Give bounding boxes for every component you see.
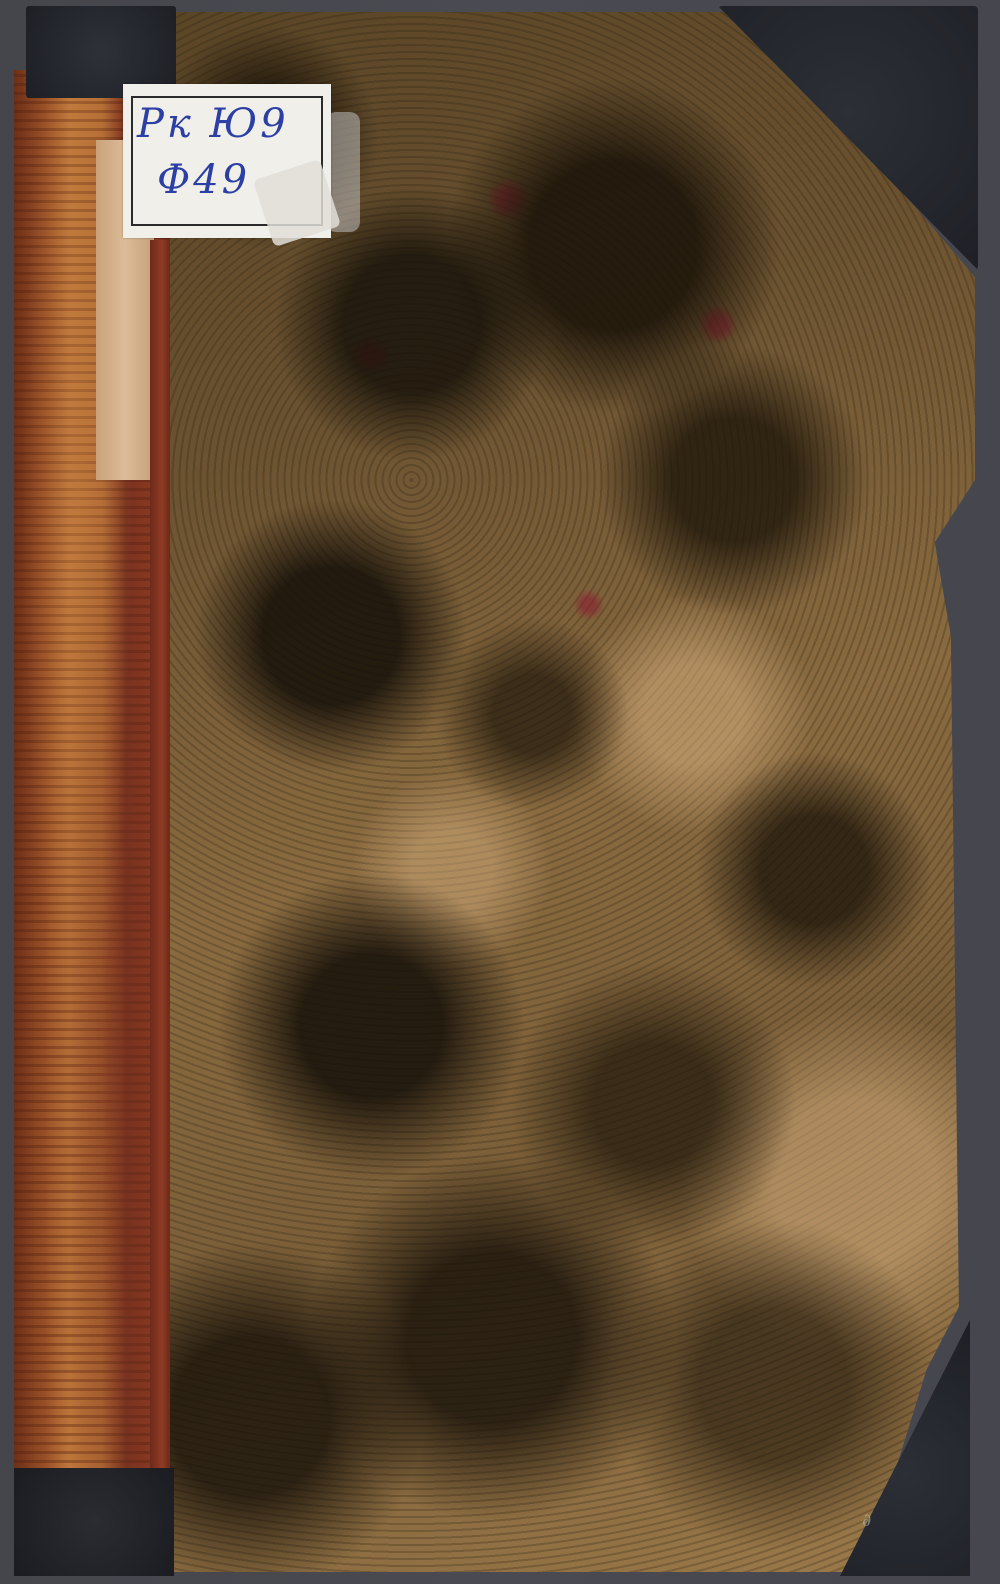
marbled-cover-board <box>170 12 975 1572</box>
label-shelfmark-line2: Ф49 <box>157 160 250 200</box>
label-shelfmark-line1: Рк Ю9 <box>137 104 289 144</box>
spine-cap-bottom <box>14 1468 174 1576</box>
corner-faint-mark: ∂ <box>862 1510 871 1531</box>
